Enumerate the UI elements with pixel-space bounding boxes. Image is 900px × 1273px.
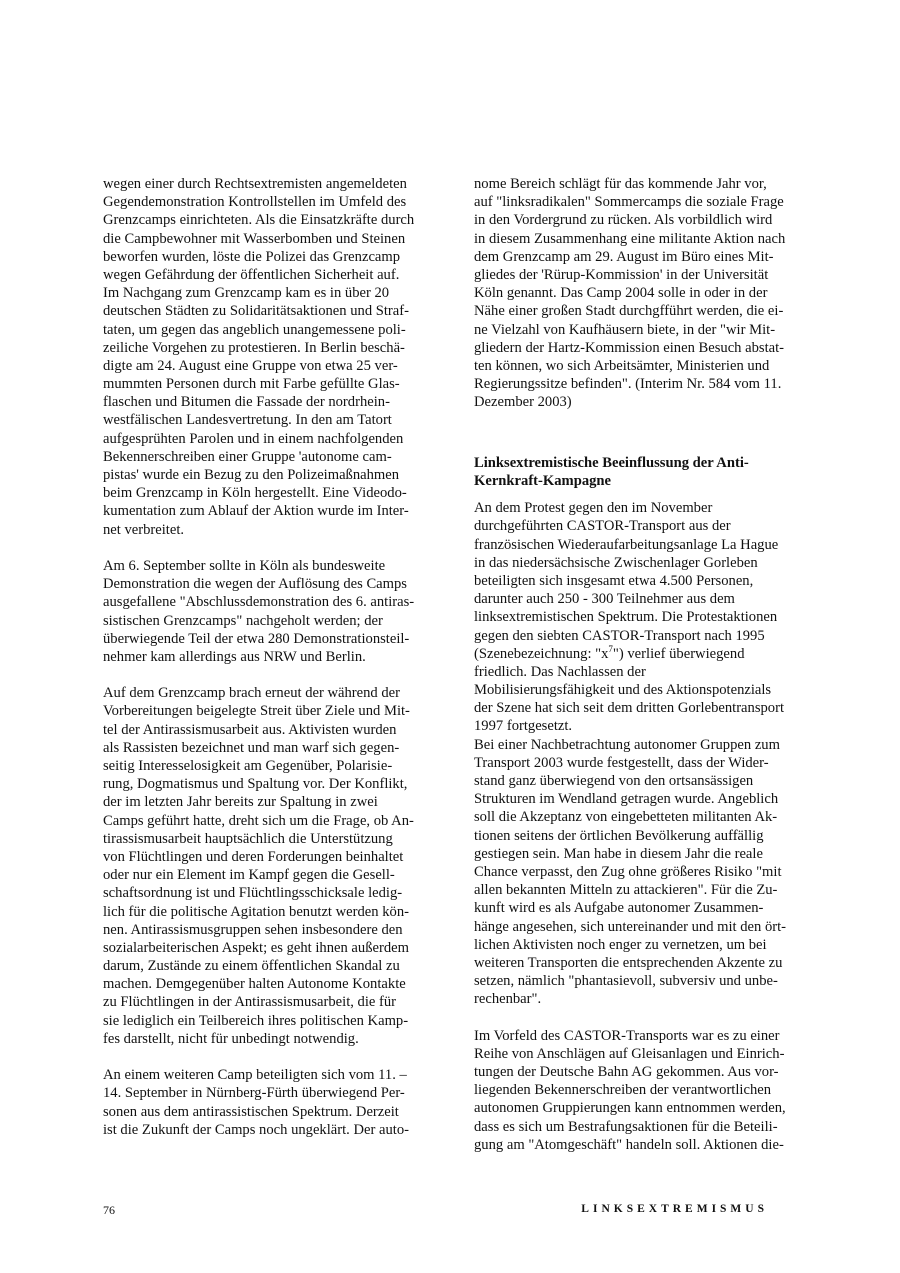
text-line: An dem Protest gegen den im November	[474, 499, 804, 517]
text-line: Im Vorfeld des CASTOR-Transports war es …	[474, 1027, 804, 1045]
text-line: gliedern der Hartz-Kommission einen Besu…	[474, 339, 804, 357]
text-line: net verbreitet.	[103, 521, 433, 539]
text-line: wegen Gefährdung der öffentlichen Sicher…	[103, 266, 433, 284]
text-line: digte am 24. August eine Gruppe von etwa…	[103, 357, 433, 375]
text-line: der Szene hat sich seit dem dritten Gorl…	[474, 699, 804, 717]
paragraph-spacer	[103, 1048, 433, 1066]
text-line: in das niedersächsische Zwischenlager Go…	[474, 554, 804, 572]
text-line: liegenden Bekennerschreiben der verantwo…	[474, 1081, 804, 1099]
text-line: Köln genannt. Das Camp 2004 solle in ode…	[474, 284, 804, 302]
text-line: Vorbereitungen beigelegte Streit über Zi…	[103, 702, 433, 720]
text-line: Mobilisierungsfähigkeit und des Aktionsp…	[474, 681, 804, 699]
right-column: nome Bereich schlägt für das kommende Ja…	[474, 175, 804, 1154]
text-line: kumentation zum Ablauf der Aktion wurde …	[103, 502, 433, 520]
szene-suffix: ") verlief überwiegend	[613, 646, 745, 662]
paragraph-sommercamps: nome Bereich schlägt für das kommende Ja…	[474, 175, 804, 411]
text-line: lich für die politische Agitation benutz…	[103, 903, 433, 921]
text-line: Strukturen im Wendland getragen wurde. A…	[474, 790, 804, 808]
text-line: Bei einer Nachbetrachtung autonomer Grup…	[474, 736, 804, 754]
text-line: westfälischen Landesvertretung. In den a…	[103, 411, 433, 429]
text-line: von Flüchtlingen und deren Forderungen b…	[103, 848, 433, 866]
text-line: zu Flüchtlingen in der Antirassismusarbe…	[103, 993, 433, 1011]
text-line: beim Grenzcamp in Köln hergestellt. Eine…	[103, 484, 433, 502]
text-line: Auf dem Grenzcamp brach erneut der währe…	[103, 684, 433, 702]
text-line: darum, Zustände zu einem öffentlichen Sk…	[103, 957, 433, 975]
text-line: in diesem Zusammenhang eine militante Ak…	[474, 230, 804, 248]
text-line: 14. September in Nürnberg-Fürth überwieg…	[103, 1084, 433, 1102]
section-spacer	[474, 411, 804, 447]
text-line: 1997 fortgesetzt.	[474, 717, 804, 735]
text-line: sie lediglich ein Teilbereich ihres poli…	[103, 1012, 433, 1030]
page-number: 76	[103, 1203, 115, 1218]
paragraph-grenzcamp-aufloesung: wegen einer durch Rechtsextremisten ange…	[103, 175, 433, 539]
text-line: Chance verpasst, den Zug ohne größeres R…	[474, 863, 804, 881]
text-line: wegen einer durch Rechtsextremisten ange…	[103, 175, 433, 193]
text-line: in den Vordergrund zu rücken. Als vorbil…	[474, 211, 804, 229]
text-line: nen. Antirassismusgruppen sehen insbeson…	[103, 921, 433, 939]
text-line: gliedes der 'Rürup-Kommission' in der Un…	[474, 266, 804, 284]
text-line: gung am "Atomgeschäft" handeln soll. Akt…	[474, 1136, 804, 1154]
text-line: französischen Wiederaufarbeitungsanlage …	[474, 536, 804, 554]
text-line: als Rassisten bezeichnet und man warf si…	[103, 739, 433, 757]
text-line: beworfen wurden, löste die Polizei das G…	[103, 248, 433, 266]
left-column: wegen einer durch Rechtsextremisten ange…	[103, 175, 433, 1139]
text-line: ist die Zukunft der Camps noch ungeklärt…	[103, 1121, 433, 1139]
text-line: mummten Personen durch mit Farbe gefüllt…	[103, 375, 433, 393]
text-line: An einem weiteren Camp beteiligten sich …	[103, 1066, 433, 1084]
text-line: taten, um gegen das angeblich unangemess…	[103, 321, 433, 339]
text-line: Camps geführt hatte, dreht sich um die F…	[103, 812, 433, 830]
text-line: darunter auch 250 - 300 Teilnehmer aus d…	[474, 590, 804, 608]
text-line: gegen den siebten CASTOR-Transport nach …	[474, 627, 804, 645]
paragraph-nuernberg-camp: An einem weiteren Camp beteiligten sich …	[103, 1066, 433, 1139]
text-line: seitig Interesselosigkeit am Gegenüber, …	[103, 757, 433, 775]
text-line: gestiegen sein. Man habe in diesem Jahr …	[474, 845, 804, 863]
text-line: stand ganz überwiegend von den ortsansäs…	[474, 772, 804, 790]
text-line: (Szenebezeichnung: "x7") verlief überwie…	[474, 645, 804, 663]
paragraph-spacer	[103, 539, 433, 557]
text-line: überwiegende Teil der etwa 280 Demonstra…	[103, 630, 433, 648]
heading-line: Linksextremistische Beeinflussung der An…	[474, 454, 804, 472]
text-line: hänge angesehen, sich untereinander und …	[474, 918, 804, 936]
text-line: Demonstration die wegen der Auflösung de…	[103, 575, 433, 593]
text-line: der im letzten Jahr bereits zur Spaltung…	[103, 793, 433, 811]
text-line: Bekennerschreiben einer Gruppe 'autonome…	[103, 448, 433, 466]
text-line: autonomen Gruppierungen kann entnommen w…	[474, 1099, 804, 1117]
text-line: kunft wird es als Aufgabe autonomer Zusa…	[474, 899, 804, 917]
text-line: sistischen Grenzcamps" nachgeholt werden…	[103, 612, 433, 630]
text-line: soll die Akzeptanz von eingebetteten mil…	[474, 808, 804, 826]
text-line: Grenzcamps einrichteten. Als die Einsatz…	[103, 211, 433, 229]
text-line: lichen Aktivisten noch enger zu vernetze…	[474, 936, 804, 954]
text-line: auf "linksradikalen" Sommercamps die soz…	[474, 193, 804, 211]
text-line: tungen der Deutsche Bahn AG gekommen. Au…	[474, 1063, 804, 1081]
text-line: machen. Demgegenüber halten Autonome Kon…	[103, 975, 433, 993]
paragraph-castor-protest: An dem Protest gegen den im November dur…	[474, 499, 804, 1008]
text-line: nome Bereich schlägt für das kommende Ja…	[474, 175, 804, 193]
text-line: aufgesprühten Parolen und in einem nachf…	[103, 430, 433, 448]
text-line: rung, Dogmatismus und Spaltung vor. Der …	[103, 775, 433, 793]
text-line: Im Nachgang zum Grenzcamp kam es in über…	[103, 284, 433, 302]
text-line: Regierungssitze befinden". (Interim Nr. …	[474, 375, 804, 393]
text-line: flaschen und Bitumen die Fassade der nor…	[103, 393, 433, 411]
text-line: allen bekannten Mitteln zu attackieren".…	[474, 881, 804, 899]
text-line: rechenbar".	[474, 990, 804, 1008]
paragraph-streit-antirassismus: Auf dem Grenzcamp brach erneut der währe…	[103, 684, 433, 1048]
text-line: ten können, wo sich Arbeitsämter, Minist…	[474, 357, 804, 375]
text-line: linksextremistischen Spektrum. Die Prote…	[474, 608, 804, 626]
running-title: LINKSEXTREMISMUS	[581, 1203, 768, 1215]
text-line: Reihe von Anschlägen auf Gleisanlagen un…	[474, 1045, 804, 1063]
text-line: tel der Antirassismusarbeit aus. Aktivis…	[103, 721, 433, 739]
text-line: Transport 2003 wurde festgestellt, dass …	[474, 754, 804, 772]
text-line: Dezember 2003)	[474, 393, 804, 411]
text-line: sonen aus dem antirassistischen Spektrum…	[103, 1103, 433, 1121]
paragraph-spacer	[103, 666, 433, 684]
section-heading: Linksextremistische Beeinflussung der An…	[474, 454, 804, 490]
paragraph-anschlaege: Im Vorfeld des CASTOR-Transports war es …	[474, 1027, 804, 1154]
text-line: ausgefallene "Abschlussdemonstration des…	[103, 593, 433, 611]
text-line: durchgeführten CASTOR-Transport aus der	[474, 517, 804, 535]
text-line: dem Grenzcamp am 29. August im Büro eine…	[474, 248, 804, 266]
text-line: ne Vielzahl von Kaufhäusern biete, in de…	[474, 321, 804, 339]
paragraph-spacer	[474, 1008, 804, 1026]
text-line: fes darstellt, nicht für unbedingt notwe…	[103, 1030, 433, 1048]
text-line: sozialarbeiterischen Aspekt; es geht ihn…	[103, 939, 433, 957]
text-line: dass es sich um Bestrafungsaktionen für …	[474, 1118, 804, 1136]
text-line: beteiligten sich insgesamt etwa 4.500 Pe…	[474, 572, 804, 590]
text-line: pistas' wurde ein Bezug zu den Polizeima…	[103, 466, 433, 484]
text-line: schaftsordnung ist und Flüchtlingsschick…	[103, 884, 433, 902]
paragraph-abschlussdemonstration: Am 6. September sollte in Köln als bunde…	[103, 557, 433, 666]
text-line: Am 6. September sollte in Köln als bunde…	[103, 557, 433, 575]
text-line: tionen seitens der örtlichen Bevölkerung…	[474, 827, 804, 845]
text-line: weiteren Transporten die entsprechenden …	[474, 954, 804, 972]
szene-prefix: (Szenebezeichnung: "x	[474, 646, 608, 662]
text-line: zeiliche Vorgehen zu protestieren. In Be…	[103, 339, 433, 357]
text-line: friedlich. Das Nachlassen der	[474, 663, 804, 681]
text-line: setzen, nämlich "phantasievoll, subversi…	[474, 972, 804, 990]
text-line: deutschen Städten zu Solidaritätsaktione…	[103, 302, 433, 320]
text-line: oder nur ein Element im Kampf gegen die …	[103, 866, 433, 884]
heading-line: Kernkraft-Kampagne	[474, 472, 804, 490]
text-line: Nähe einer großen Stadt durchgfführt wer…	[474, 302, 804, 320]
text-line: tirassismusarbeit hauptsächlich die Unte…	[103, 830, 433, 848]
text-line: die Campbewohner mit Wasserbomben und St…	[103, 230, 433, 248]
text-line: Gegendemonstration Kontrollstellen im Um…	[103, 193, 433, 211]
text-line: nehmer kam allerdings aus NRW und Berlin…	[103, 648, 433, 666]
